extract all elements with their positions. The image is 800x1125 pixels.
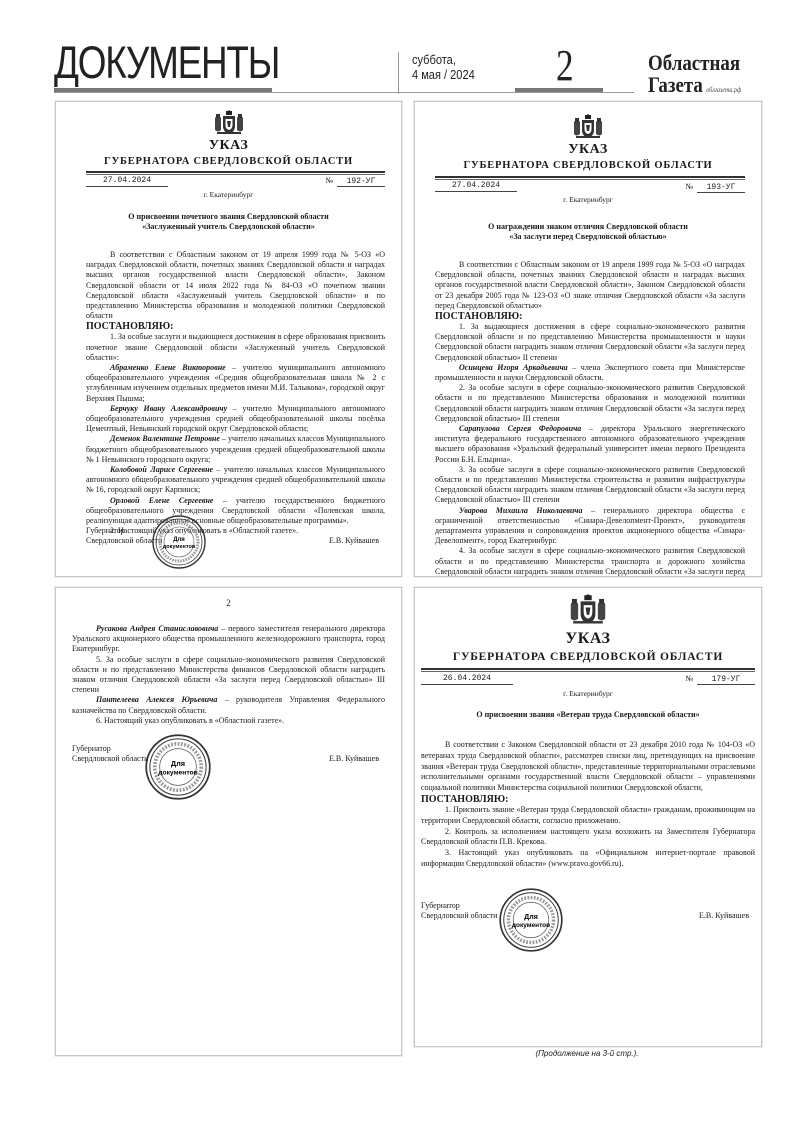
decree-heading: УКАЗ <box>415 630 761 648</box>
issue-day: суббота, <box>412 52 475 67</box>
decree-192: УКАЗ ГУБЕРНАТОРА СВЕРДЛОВСКОЙ ОБЛАСТИ 27… <box>55 101 402 577</box>
seal-stamp-icon: Для документов <box>145 734 211 800</box>
decree-date: 27.04.2024 <box>86 176 168 187</box>
signer-name: Е.В. Куйвашев <box>329 536 379 546</box>
decree-items: 1. Присвоить звание «Ветеран труда Сверд… <box>421 805 755 870</box>
decree-clause: 6. Настоящий указ опубликовать в «Област… <box>72 716 385 726</box>
svg-text:Для: Для <box>173 537 185 543</box>
decree-word: ПОСТАНОВЛЯЮ: <box>86 321 385 332</box>
document-page-label: 2 <box>56 598 401 608</box>
svg-text:Для: Для <box>171 759 185 768</box>
decree-179: УКАЗ ГУБЕРНАТОРА СВЕРДЛОВСКОЙ ОБЛАСТИ 26… <box>414 587 762 1047</box>
decree-word: ПОСТАНОВЛЯЮ: <box>421 794 755 805</box>
decree-preamble: В соответствии с Областным законом от 19… <box>435 260 745 311</box>
svg-text:документов: документов <box>512 922 550 929</box>
decree-body: В соответствии с Областным законом от 19… <box>435 260 745 577</box>
decree-clause: 1. За особые заслуги и выдающиеся достиж… <box>86 332 385 363</box>
decree-heading: УКАЗ <box>415 142 761 158</box>
decree-subject: О присвоении звания «Ветеран труда Сверд… <box>435 710 741 720</box>
decree-193: УКАЗ ГУБЕРНАТОРА СВЕРДЛОВСКОЙ ОБЛАСТИ 27… <box>414 101 762 577</box>
decree-date: 27.04.2024 <box>435 181 517 192</box>
awardee-paragraph: Абраменко Елене Викторовне – учителю мун… <box>86 363 385 404</box>
decree-subject: О присвоении почетного звания Свердловск… <box>76 212 381 232</box>
decree-body: Русакова Андрея Станиславовича – первого… <box>72 624 385 726</box>
header-rule <box>435 176 745 178</box>
decree-issuer: ГУБЕРНАТОРА СВЕРДЛОВСКОЙ ОБЛАСТИ <box>56 156 401 167</box>
signer-title: ГубернаторСвердловской области <box>86 526 162 546</box>
seal-stamp-icon: Для документов <box>152 515 206 569</box>
awardee-paragraph: Орловой Елене Сергеевне – учителю госуда… <box>86 496 385 527</box>
decree-items: 1. За выдающиеся достижения в сфере соци… <box>435 322 745 577</box>
decree-number: №179-УГ <box>685 674 755 685</box>
decree-clause: 1. За выдающиеся достижения в сфере соци… <box>435 322 745 363</box>
coat-of-arms-icon <box>213 110 245 136</box>
decree-city: г. Екатеринбург <box>415 195 761 204</box>
awardee-paragraph: Русакова Андрея Станиславовича – первого… <box>72 624 385 655</box>
header-rule-thin <box>435 179 745 180</box>
awardee-name: Уварова Михаила Николаевича <box>459 506 583 515</box>
signer-name: Е.В. Куйвашев <box>699 911 749 921</box>
decree-193-page-2: 2 Русакова Андрея Станиславовича – перво… <box>55 587 402 1056</box>
decree-number: №193-УГ <box>685 182 745 193</box>
decree-clause: 2. Контроль за исполнением настоящего ук… <box>421 827 755 849</box>
awardee-name: Сарапулова Сергея Федоровича <box>459 424 581 433</box>
signer-title: ГубернаторСвердловской области <box>421 901 497 921</box>
awardee-paragraph: Деменок Валентине Петровне – учителю нач… <box>86 434 385 465</box>
issue-date: суббота, 4 мая / 2024 <box>412 52 475 82</box>
decree-word: ПОСТАНОВЛЯЮ: <box>435 311 745 322</box>
seal-stamp-icon: Для документов <box>499 888 563 952</box>
decree-issuer: ГУБЕРНАТОРА СВЕРДЛОВСКОЙ ОБЛАСТИ <box>415 651 761 663</box>
decree-clause: 1. Присвоить звание «Ветеран труда Сверд… <box>421 805 755 827</box>
decree-clause: 4. За особые заслуги в сфере социально-э… <box>435 546 745 577</box>
decree-clause: 3. За особые заслуги в сфере социально-э… <box>435 465 745 506</box>
header-rule <box>86 171 385 173</box>
decree-clause: 2. За особые заслуги в сфере социально-э… <box>435 383 745 424</box>
issue-date-value: 4 мая / 2024 <box>412 67 475 82</box>
awardee-name: Деменок Валентине Петровне <box>110 434 220 443</box>
awardee-name: Орловой Елене Сергеевне <box>110 496 213 505</box>
newspaper-logo: Областная Газетаоблгазета.рф <box>648 52 741 101</box>
svg-text:документов: документов <box>158 769 198 776</box>
header-rule-thin <box>86 174 385 175</box>
awardee-name: Абраменко Елене Викторовне <box>110 363 226 372</box>
decree-items: 1. За особые заслуги и выдающиеся достиж… <box>86 332 385 536</box>
masthead-rule <box>54 92 634 93</box>
awardee-paragraph: Берчуку Ивану Александровичу – учителю М… <box>86 404 385 435</box>
decree-heading: УКАЗ <box>56 138 401 154</box>
masthead: ДОКУМЕНТЫ суббота, 4 мая / 2024 2 Област… <box>0 0 800 96</box>
decree-city: г. Екатеринбург <box>56 190 401 199</box>
header-rule <box>421 668 755 670</box>
signer-name: Е.В. Куйвашев <box>329 754 379 764</box>
decree-issuer: ГУБЕРНАТОРА СВЕРДЛОВСКОЙ ОБЛАСТИ <box>415 160 761 171</box>
decree-date: 26.04.2024 <box>421 674 513 685</box>
awardee-name: Русакова Андрея Станиславовича <box>96 624 218 633</box>
section-title: ДОКУМЕНТЫ <box>54 40 279 85</box>
awardee-paragraph: Сарапулова Сергея Федоровича – директора… <box>435 424 745 465</box>
page-number: 2 <box>556 44 574 88</box>
awardee-name: Пантелеева Алексея Юрьевича <box>96 695 217 704</box>
awardee-name: Берчуку Ивану Александровичу <box>110 404 227 413</box>
awardee-name: Колобовой Ларисе Сергеевне <box>110 465 213 474</box>
svg-text:документов: документов <box>163 544 196 550</box>
decree-items: Русакова Андрея Станиславовича – первого… <box>72 624 385 726</box>
awardee-paragraph: Осинцева Игоря Аркадьевича – члена Экспе… <box>435 363 745 383</box>
page-number-underline <box>515 88 603 92</box>
decree-subject: О награждении знаком отличия Свердловско… <box>435 222 741 242</box>
header-rule-thin <box>421 671 755 672</box>
decree-preamble: В соответствии с Областным законом от 19… <box>86 250 385 321</box>
masthead-divider <box>398 52 399 94</box>
decree-preamble: В соответствии с Законом Свердловской об… <box>421 740 755 794</box>
logo-site: облгазета.рф <box>706 86 741 94</box>
coat-of-arms-icon <box>572 114 604 140</box>
awardee-paragraph: Колобовой Ларисе Сергеевне – учителю нач… <box>86 465 385 496</box>
awardee-paragraph: Пантелеева Алексея Юрьевича – руководите… <box>72 695 385 715</box>
coat-of-arms-icon <box>568 594 608 626</box>
decree-city: г. Екатеринбург <box>415 689 761 698</box>
svg-text:Для: Для <box>524 913 538 921</box>
logo-line-2: Газета <box>648 72 703 97</box>
awardee-name: Осинцева Игоря Аркадьевича <box>459 363 568 372</box>
logo-line-1: Областная <box>648 52 741 74</box>
decree-clause: 5. За особые заслуги в сфере социально-э… <box>72 655 385 696</box>
decree-clause: 3. Настоящий указ опубликовать на «Офици… <box>421 848 755 870</box>
awardee-paragraph: Уварова Михаила Николаевича – генерально… <box>435 506 745 547</box>
decree-body: В соответствии с Областным законом от 19… <box>86 250 385 536</box>
signer-title: ГубернаторСвердловской области <box>72 744 148 764</box>
continued-note: (Продолжение на 3-й стр.). <box>414 1049 760 1058</box>
decree-body: В соответствии с Законом Свердловской об… <box>421 740 755 870</box>
decree-number: №192-УГ <box>325 176 385 187</box>
